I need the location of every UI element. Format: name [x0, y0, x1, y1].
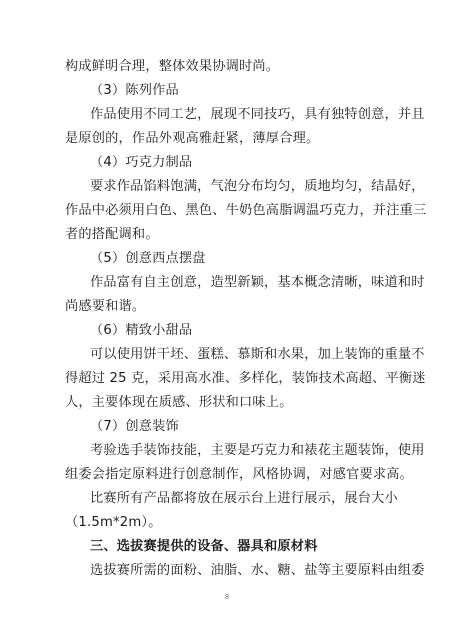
text-line: 考验选手装饰技能，主要是巧克力和裱花主题装饰，使用: [90, 442, 390, 460]
subheading-chocolate-products: （4）巧克力制品: [90, 154, 415, 172]
text-line: （1.5m*2m）。: [65, 514, 390, 532]
text-line: 组委会指定原料进行创意制作，风格协调，对感官要求高。: [65, 466, 390, 484]
text-line: 比赛所有产品都将放在展示台上进行展示，展台大小: [90, 490, 390, 508]
page-number: 8: [222, 593, 232, 601]
text-line: 人，主要体现在质感、形状和口味上。: [65, 394, 390, 412]
text-line: 作品中必须用白色、黑色、牛奶色高脂调温巧克力，并注重三: [65, 202, 390, 220]
text-line: 可以使用饼干坯、蛋糕、慕斯和水果，加上装饰的重量不: [90, 346, 390, 364]
subheading-creative-decoration: （7）创意装饰: [90, 418, 415, 436]
subheading-petit-desserts: （6）精致小甜品: [90, 322, 415, 340]
text-line: 作品富有自主创意，造型新颖，基本概念清晰，味道和时: [90, 274, 390, 292]
document-page: 构成鲜明合理，整体效果协调时尚。 （3）陈列作品 作品使用不同工艺，展现不同技巧…: [0, 0, 453, 640]
text-line: 尚感要和谐。: [65, 298, 390, 316]
text-line: 作品使用不同工艺，展现不同技巧，具有独特创意，并且: [90, 106, 390, 124]
text-line: 得超过 25 克，采用高水准、多样化，装饰技术高超、平衡迷: [65, 370, 390, 388]
subheading-creative-plating: （5）创意西点摆盘: [90, 250, 415, 268]
text-line: 选拔赛所需的面粉、油脂、水、糖、盐等主要原料由组委: [90, 562, 390, 580]
text-line: 构成鲜明合理，整体效果协调时尚。: [65, 58, 390, 76]
text-line: 者的搭配调和。: [65, 226, 390, 244]
subheading-display-works: （3）陈列作品: [90, 82, 415, 100]
section-heading: 三、选拔赛提供的设备、器具和原材料: [90, 538, 415, 556]
text-line: 要求作品馅料饱满，气泡分布均匀，质地均匀，结晶好，: [90, 178, 390, 196]
text-line: 是原创的，作品外观高雅赶紧，薄厚合理。: [65, 130, 390, 148]
